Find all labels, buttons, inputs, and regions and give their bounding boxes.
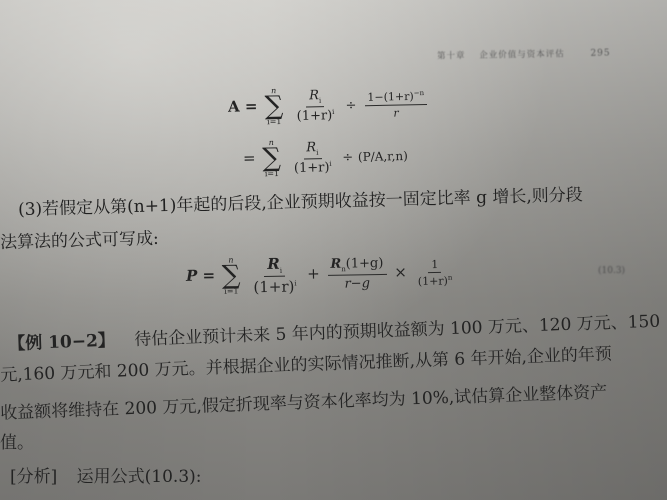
example-label: 【例 10−2】 <box>8 331 115 355</box>
formula-p: P = n ∑ i=1 Ri (1+r)i + Rn(1+g) r−g × 1 … <box>186 252 459 298</box>
denominator: r <box>393 106 399 119</box>
analysis-line: [分析] 运用公式(10.3): <box>10 462 202 487</box>
formula-a-lhs: A = <box>228 97 258 116</box>
fraction-terminal: Rn(1+g) r−g <box>327 256 387 292</box>
sum-lower: i=1 <box>224 288 238 296</box>
section-title: 企业价值与资本评估 <box>479 49 565 60</box>
equals-sign: = <box>243 149 256 167</box>
page-number: 295 <box>590 48 610 58</box>
numerator: R <box>330 257 341 272</box>
sup: i <box>332 108 334 116</box>
analysis-label: [分析] <box>10 467 57 487</box>
fraction-ri: Ri (1+r)i <box>250 254 300 296</box>
numerator-tail: (1+g) <box>346 256 384 272</box>
sup: i <box>294 279 296 287</box>
numerator: R <box>267 255 280 273</box>
paragraph-3-line2: 法算法的公式可写成: <box>0 224 159 253</box>
example-line3: 收益额将维持在 200 万元,假定折现率与资本化率均为 10%,试估算企业整体资… <box>0 377 608 423</box>
fraction-annuity: 1−(1+r)−n r <box>364 89 427 120</box>
numerator: R <box>306 140 316 155</box>
annuity-factor: (P/A,r,n) <box>358 149 408 164</box>
fraction-ri: Ri (1+r)i <box>293 88 338 124</box>
analysis-text: 运用公式(10.3): <box>77 467 202 487</box>
denominator: r−g <box>344 276 370 291</box>
sub: i <box>316 149 318 157</box>
paragraph-3-line1: (3)若假定从第(n+1)年起的后段,企业预期收益按一固定比率 g 增长,则分段 <box>18 180 583 220</box>
formula-p-lhs: P = <box>186 266 215 285</box>
sigma-glyph: ∑ <box>262 147 281 171</box>
times-operator: × <box>394 263 407 281</box>
numerator: R <box>309 88 319 103</box>
example-line4: 值。 <box>0 428 34 453</box>
denominator: (1+r) <box>294 160 330 176</box>
fraction-ri: Ri (1+r)i <box>290 140 335 176</box>
summation-symbol: n ∑ i=1 <box>264 87 283 127</box>
denominator: (1+r) <box>418 274 448 288</box>
summation-symbol: n ∑ i=1 <box>222 256 241 296</box>
sup: i <box>329 160 331 168</box>
sum-lower: i=1 <box>267 118 282 126</box>
sup: n <box>448 273 453 281</box>
chapter-label: 第十章 <box>437 51 466 61</box>
summation-symbol: n ∑ i=1 <box>262 139 281 179</box>
sum-lower: i=1 <box>265 170 280 178</box>
plus-operator: + <box>307 265 320 283</box>
fraction-discount: 1 (1+r)n <box>414 257 455 287</box>
numerator: 1 <box>428 258 441 273</box>
equation-number: (10.3) <box>598 266 625 276</box>
sigma-glyph: ∑ <box>264 95 283 119</box>
formula-a-line1: A = n ∑ i=1 Ri (1+r)i ÷ 1−(1+r)−n r <box>228 84 431 128</box>
sub: i <box>280 267 282 275</box>
denominator: (1+r) <box>253 277 294 296</box>
page-header: 第十章 企业价值与资本评估 295 <box>437 46 611 61</box>
denominator: (1+r) <box>297 108 333 124</box>
sub: i <box>319 97 321 105</box>
divide-operator: ÷ <box>345 98 356 113</box>
numerator: 1−(1+r) <box>367 90 414 104</box>
sigma-glyph: ∑ <box>222 264 241 288</box>
formula-a-line2: = n ∑ i=1 Ri (1+r)i ÷ (P/A,r,n) <box>243 136 409 179</box>
divide-operator: ÷ <box>342 150 353 165</box>
sup: −n <box>414 89 425 97</box>
